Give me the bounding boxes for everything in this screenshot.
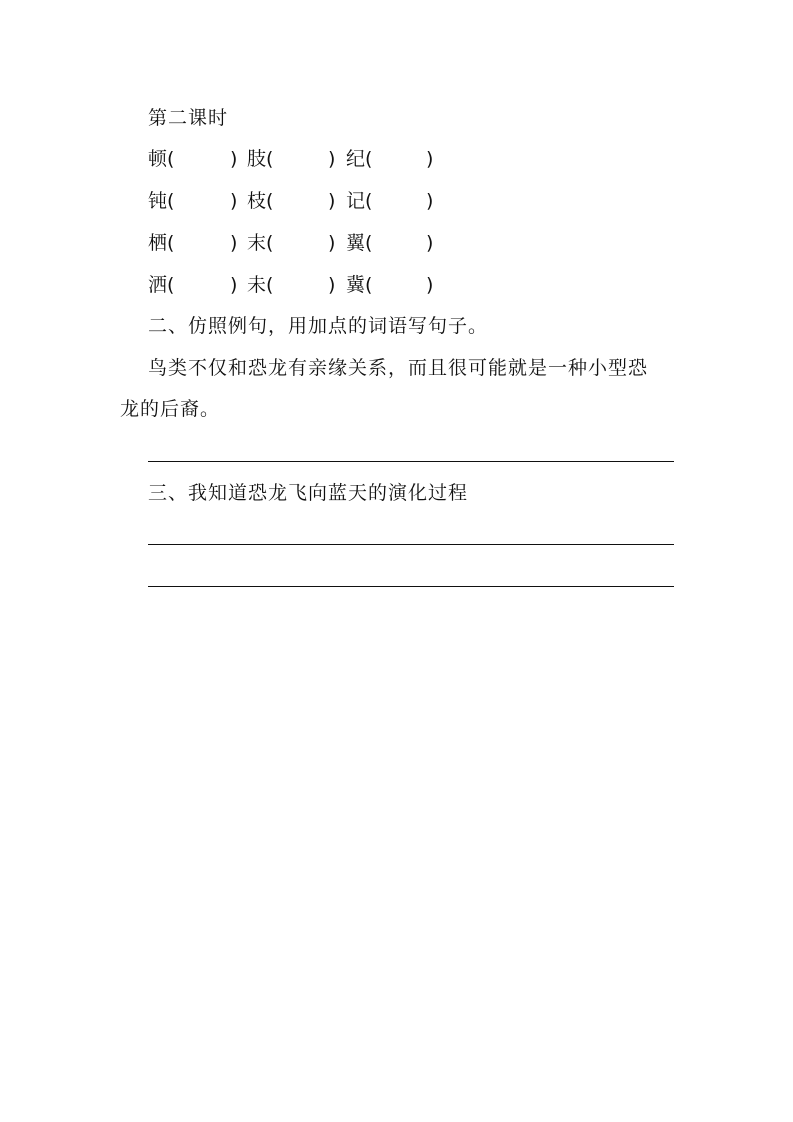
answer-line[interactable] [148,586,674,587]
example-sentence-line2: 龙的后裔。 [120,397,220,421]
example-sentence-line1: 鸟类不仅和恐龙有亲缘关系，而且很可能就是一种小型恐 [148,356,648,380]
character: 纪 [346,148,365,170]
grid-row: 钝( ) 枝( ) 记( ) [148,189,448,213]
answer-blank-close[interactable]: ) [230,231,237,255]
character: 肢 [247,148,266,170]
answer-blank-close[interactable]: ) [426,189,433,213]
answer-blank-close[interactable]: ) [230,147,237,171]
section3-title: 三、我知道恐龙飞向蓝天的演化过程 [148,481,468,505]
grid-row: 洒( ) 未( ) 冀( ) [148,273,448,297]
character: 钝 [148,190,167,212]
character: 洒 [148,274,167,296]
answer-blank-close[interactable]: ) [328,189,335,213]
answer-blank-close[interactable]: ) [328,231,335,255]
answer-blank-close[interactable]: ) [230,189,237,213]
character: 栖 [148,232,167,254]
answer-blank-close[interactable]: ) [230,273,237,297]
answer-line[interactable] [148,461,674,462]
worksheet-page: 第二课时 顿( ) 肢( ) 纪( ) 钝( ) 枝( ) 记( ) 栖( ) … [0,0,793,1122]
character: 翼 [346,232,365,254]
character: 顿 [148,148,167,170]
answer-blank-close[interactable]: ) [426,147,433,171]
character: 记 [346,190,365,212]
grid-row: 栖( ) 末( ) 翼( ) [148,231,448,255]
character: 末 [247,232,266,254]
answer-blank-close[interactable]: ) [426,231,433,255]
character: 枝 [247,190,266,212]
character: 未 [247,274,266,296]
answer-line[interactable] [148,544,674,545]
answer-blank-close[interactable]: ) [328,273,335,297]
character: 冀 [346,274,365,296]
section2-title: 二、仿照例句，用加点的词语写句子。 [148,314,488,338]
lesson-heading: 第二课时 [148,106,228,130]
answer-blank-close[interactable]: ) [426,273,433,297]
grid-row: 顿( ) 肢( ) 纪( ) [148,147,448,171]
answer-blank-close[interactable]: ) [328,147,335,171]
